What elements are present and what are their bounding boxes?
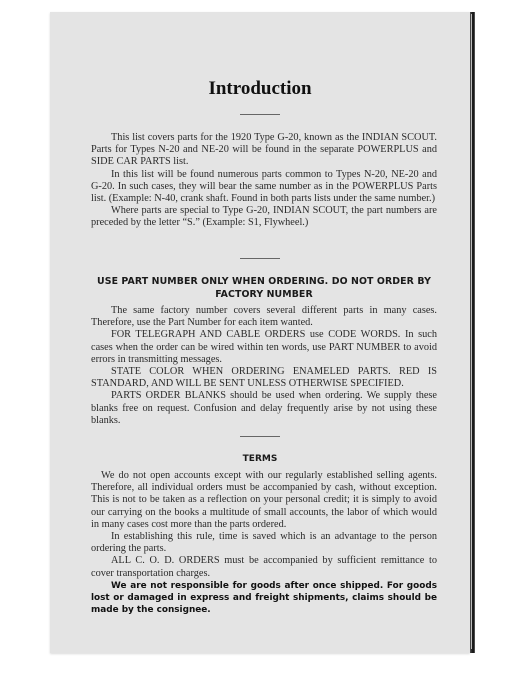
intro-paragraph: Where parts are special to Type G-20, IN… — [91, 205, 437, 229]
terms-paragraph: We do not open accounts except with our … — [91, 470, 437, 531]
terms-paragraph: In establishing this rule, time is saved… — [91, 531, 437, 555]
ordering-paragraph: PARTS ORDER BLANKS should be used when o… — [91, 390, 437, 427]
ordering-paragraph: STATE COLOR WHEN ORDERING ENAMELED PARTS… — [91, 366, 437, 390]
intro-paragraph: In this list will be found numerous part… — [91, 169, 437, 206]
page-content: Introduction This list covers parts for … — [50, 12, 470, 653]
terms-paragraph: ALL C. O. D. ORDERS must be accompanied … — [91, 555, 437, 579]
intro-section: This list covers parts for the 1920 Type… — [91, 132, 437, 230]
document-page: Introduction This list covers parts for … — [50, 12, 470, 653]
divider — [240, 114, 280, 115]
divider — [240, 436, 280, 437]
page-binding-highlight — [471, 14, 472, 649]
divider — [240, 258, 280, 259]
terms-heading: TERMS — [50, 454, 470, 464]
ordering-paragraph: The same factory number covers several d… — [91, 305, 437, 329]
intro-paragraph: This list covers parts for the 1920 Type… — [91, 132, 437, 169]
ordering-section: The same factory number covers several d… — [91, 305, 437, 427]
ordering-paragraph: FOR TELEGRAPH AND CABLE ORDERS use CODE … — [91, 329, 437, 366]
terms-notice: We are not responsible for goods after o… — [91, 580, 437, 617]
terms-section: We do not open accounts except with our … — [91, 470, 437, 616]
ordering-heading: USE PART NUMBER ONLY WHEN ORDERING. DO N… — [86, 275, 442, 301]
page-title: Introduction — [50, 78, 470, 100]
